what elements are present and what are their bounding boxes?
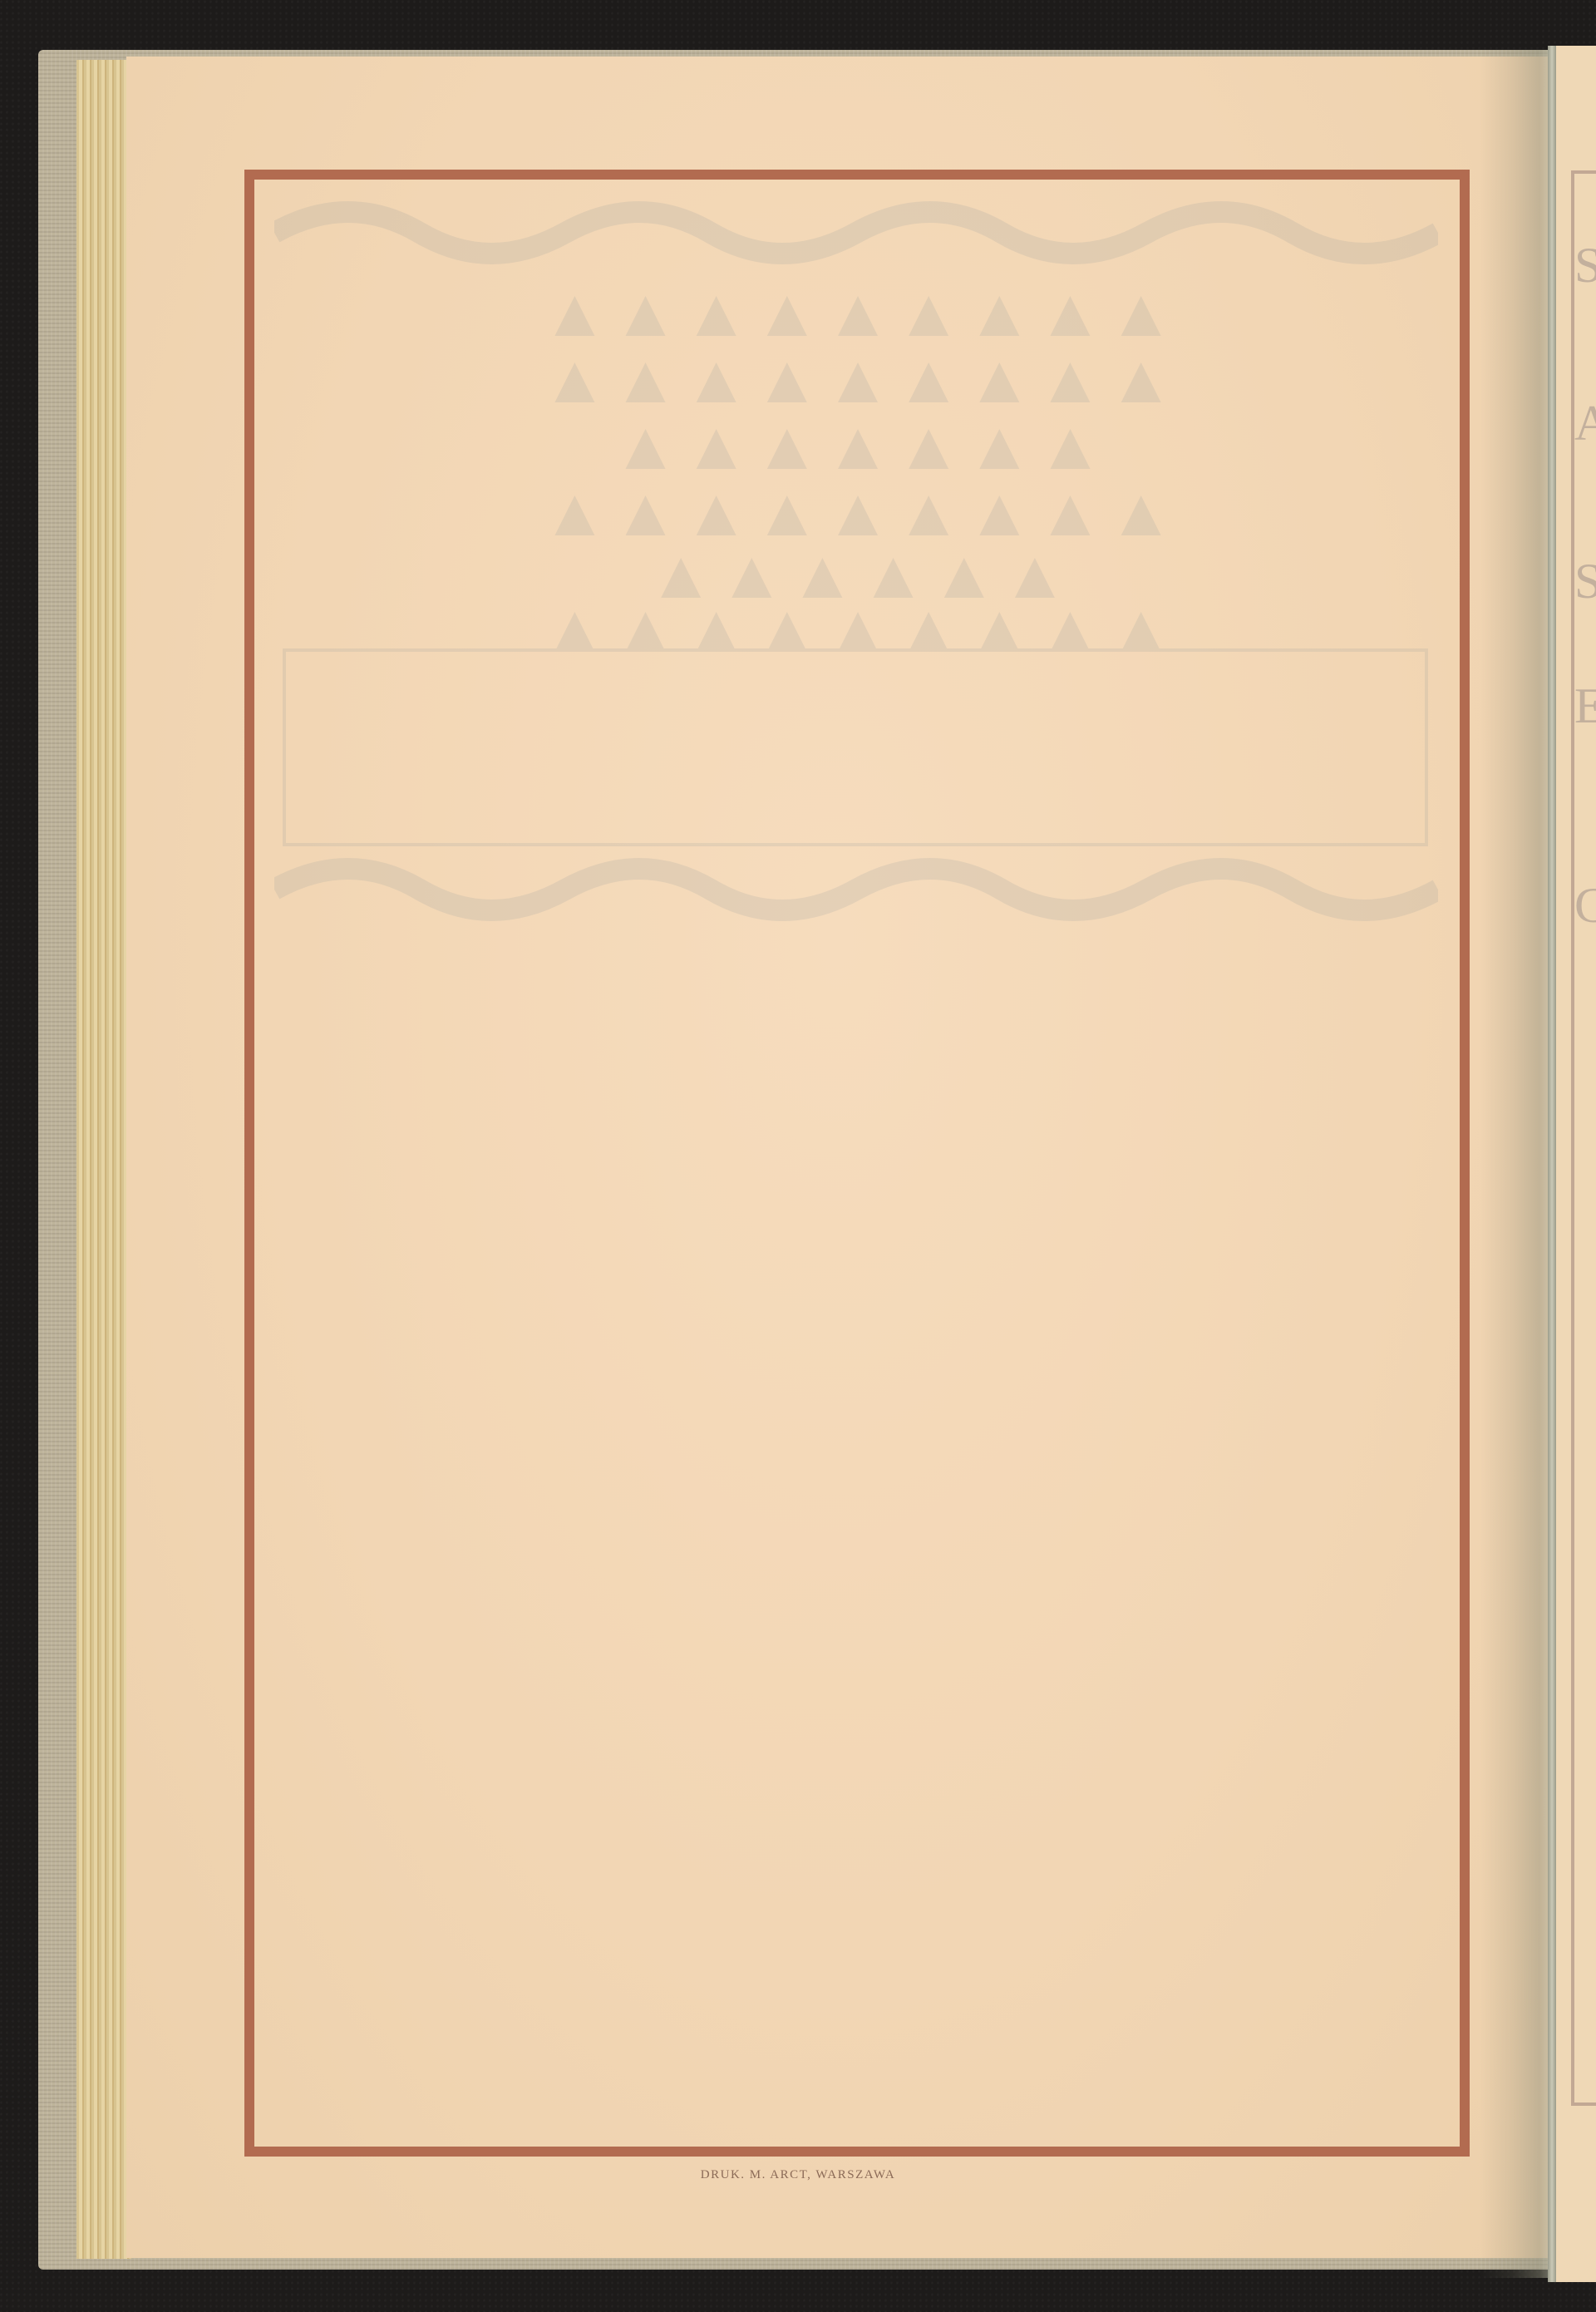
next-page-sliver: S A S E C — [1556, 46, 1596, 2282]
gutter-shadow — [1480, 50, 1554, 2278]
next-page-glyph: S — [1574, 553, 1596, 610]
printer-imprint: DRUK. M. ARCT, WARSZAWA — [0, 2168, 1596, 2182]
next-page-frame — [1571, 170, 1596, 2106]
next-page-glyph: E — [1574, 678, 1596, 735]
next-page-glyph: A — [1574, 395, 1596, 452]
page-block-edges — [76, 60, 131, 2259]
next-page-glyph: C — [1574, 877, 1596, 934]
next-page-glyph: S — [1574, 237, 1596, 294]
spine-edge — [1548, 46, 1556, 2282]
page-border-frame — [244, 170, 1470, 2157]
